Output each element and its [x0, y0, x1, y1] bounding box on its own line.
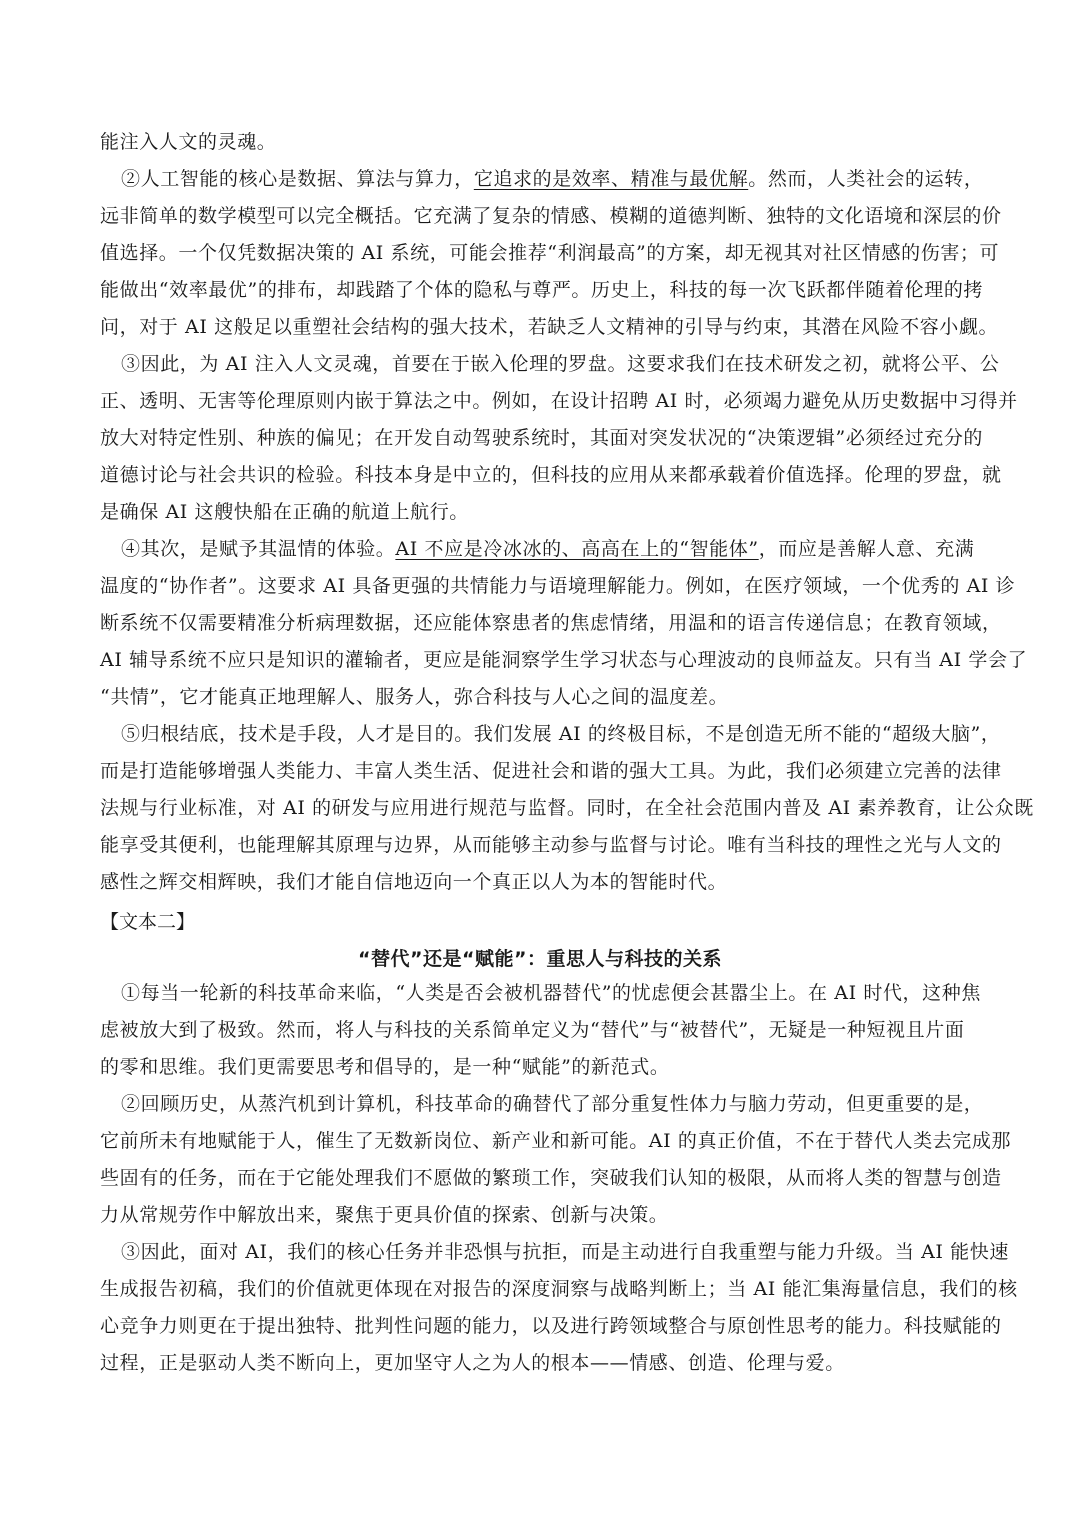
text1-p5-line-1: ⑤归根结底，技术是手段，人才是目的。我们发展 AI 的终极目标，不是创造无所不能… — [121, 722, 1001, 746]
text1-p3-line-5: 是确保 AI 这艘快船在正确的航道上航行。 — [100, 500, 469, 524]
text1-p4-line-1: ④其次，是赋予其温情的体验。AI 不应是冷冰冰的、高高在上的“智能体”，而应是善… — [121, 537, 974, 561]
text1-p3-line-4: 道德讨论与社会共识的检验。科技本身是中立的，但科技的应用从来都承载着价值选择。伦… — [100, 463, 1002, 487]
section-label: 【文本二】 — [100, 907, 195, 934]
text1-p2-post: 。然而，人类社会的运转， — [748, 168, 983, 190]
text1-p2-line-4: 能做出“效率最优”的排布，却践踏了个体的隐私与尊严。历史上，科技的每一次飞跃都伴… — [100, 278, 983, 302]
text1-p4-line-5: “共情”，它才能真正地理解人、服务人，弥合科技与人心之间的温度差。 — [100, 685, 728, 709]
text1-p5-line-3: 法规与行业标准，对 AI 的研发与应用进行规范与监督。同时，在全社会范围内普及 … — [100, 796, 1034, 820]
text1-p2-line-5: 问，对于 AI 这般足以重塑社会结构的强大技术，若缺乏人文精神的引导与约束，其潜… — [100, 315, 998, 339]
text2-p1-line-1: ①每当一轮新的科技革命来临，“人类是否会被机器替代”的忧虑便会甚嚣尘上。在 AI… — [121, 981, 981, 1005]
text2-p3-line-3: 心竞争力则更在于提出独特、批判性问题的能力，以及进行跨领域整合与原创性思考的能力… — [100, 1314, 1002, 1338]
text1-p2-line-1: ②人工智能的核心是数据、算法与算力，它追求的是效率、精准与最优解。然而，人类社会… — [121, 167, 983, 191]
text1-p4-pre: ④其次，是赋予其温情的体验。 — [121, 538, 395, 560]
text2-p2-line-4: 力从常规劳作中解放出来，聚焦于更具价值的探索、创新与决策。 — [100, 1203, 668, 1227]
text2-p3-line-4: 过程，正是驱动人类不断向上，更加坚守人之为人的根本——情感、创造、伦理与爱。 — [100, 1351, 845, 1375]
intro-tail-line: 能注入人文的灵魂。 — [100, 130, 276, 154]
text2-p1-line-2: 虑被放大到了极致。然而，将人与科技的关系简单定义为“替代”与“被替代”，无疑是一… — [100, 1018, 964, 1042]
text2-p1-line-3: 的零和思维。我们更需要思考和倡导的，是一种“赋能”的新范式。 — [100, 1055, 669, 1079]
text1-p2-line-2: 远非简单的数学模型可以完全概括。它充满了复杂的情感、模糊的道德判断、独特的文化语… — [100, 204, 1002, 228]
text1-p4-line-2: 温度的“协作者”。这要求 AI 具备更强的共情能力与语境理解能力。例如，在医疗领… — [100, 574, 1015, 598]
text1-p5-line-5: 感性之辉交相辉映，我们才能自信地迈向一个真正以人为本的智能时代。 — [100, 870, 727, 894]
underlined-phrase: AI 不应是冷冰冰的、高高在上的“智能体” — [395, 538, 758, 560]
text2-p2-line-3: 些固有的任务，而在于它能处理我们不愿做的繁琐工作，突破我们认知的极限，从而将人类… — [100, 1166, 1002, 1190]
text1-p3-line-2: 正、透明、无害等伦理原则内嵌于算法之中。例如，在设计招聘 AI 时，必须竭力避免… — [100, 389, 1018, 413]
text1-p3-line-1: ③因此，为 AI 注入人文灵魂，首要在于嵌入伦理的罗盘。这要求我们在技术研发之初… — [121, 352, 1000, 376]
document-page: 能注入人文的灵魂。 ②人工智能的核心是数据、算法与算力，它追求的是效率、精准与最… — [0, 0, 1080, 1526]
text2-p2-line-1: ②回顾历史，从蒸汽机到计算机，科技革命的确替代了部分重复性体力与脑力劳动，但更重… — [121, 1092, 983, 1116]
text1-p4-post: ，而应是善解人意、充满 — [759, 538, 975, 560]
text1-p4-line-4: AI 辅导系统不应只是知识的灌输者，更应是能洞察学生学习状态与心理波动的良师益友… — [100, 648, 1027, 672]
text2-p2-line-2: 它前所未有地赋能于人，催生了无数新岗位、新产业和新可能。AI 的真正价值，不在于… — [100, 1129, 1011, 1153]
text1-p2-line-3: 值选择。一个仅凭数据决策的 AI 系统，可能会推荐“利润最高”的方案，却无视其对… — [100, 241, 999, 265]
text2-p3-line-2: 生成报告初稿，我们的价值就更体现在对报告的深度洞察与战略判断上；当 AI 能汇集… — [100, 1277, 1018, 1301]
article-title: “替代”还是“赋能”：重思人与科技的关系 — [0, 944, 1080, 971]
text2-p3-line-1: ③因此，面对 AI，我们的核心任务并非恐惧与抗拒，而是主动进行自我重塑与能力升级… — [121, 1240, 1009, 1264]
underlined-phrase: 它追求的是效率、精准与最优解 — [474, 168, 748, 190]
text1-p2-pre: ②人工智能的核心是数据、算法与算力， — [121, 168, 474, 190]
text1-p3-line-3: 放大对特定性别、种族的偏见；在开发自动驾驶系统时，其面对突发状况的“决策逻辑”必… — [100, 426, 983, 450]
text1-p5-line-2: 而是打造能够增强人类能力、丰富人类生活、促进社会和谐的强大工具。为此，我们必须建… — [100, 759, 1002, 783]
text1-p5-line-4: 能享受其便利，也能理解其原理与边界，从而能够主动参与监督与讨论。唯有当科技的理性… — [100, 833, 1002, 857]
text1-p4-line-3: 断系统不仅需要精准分析病理数据，还应能体察患者的焦虑情绪，用温和的语言传递信息；… — [100, 611, 1002, 635]
